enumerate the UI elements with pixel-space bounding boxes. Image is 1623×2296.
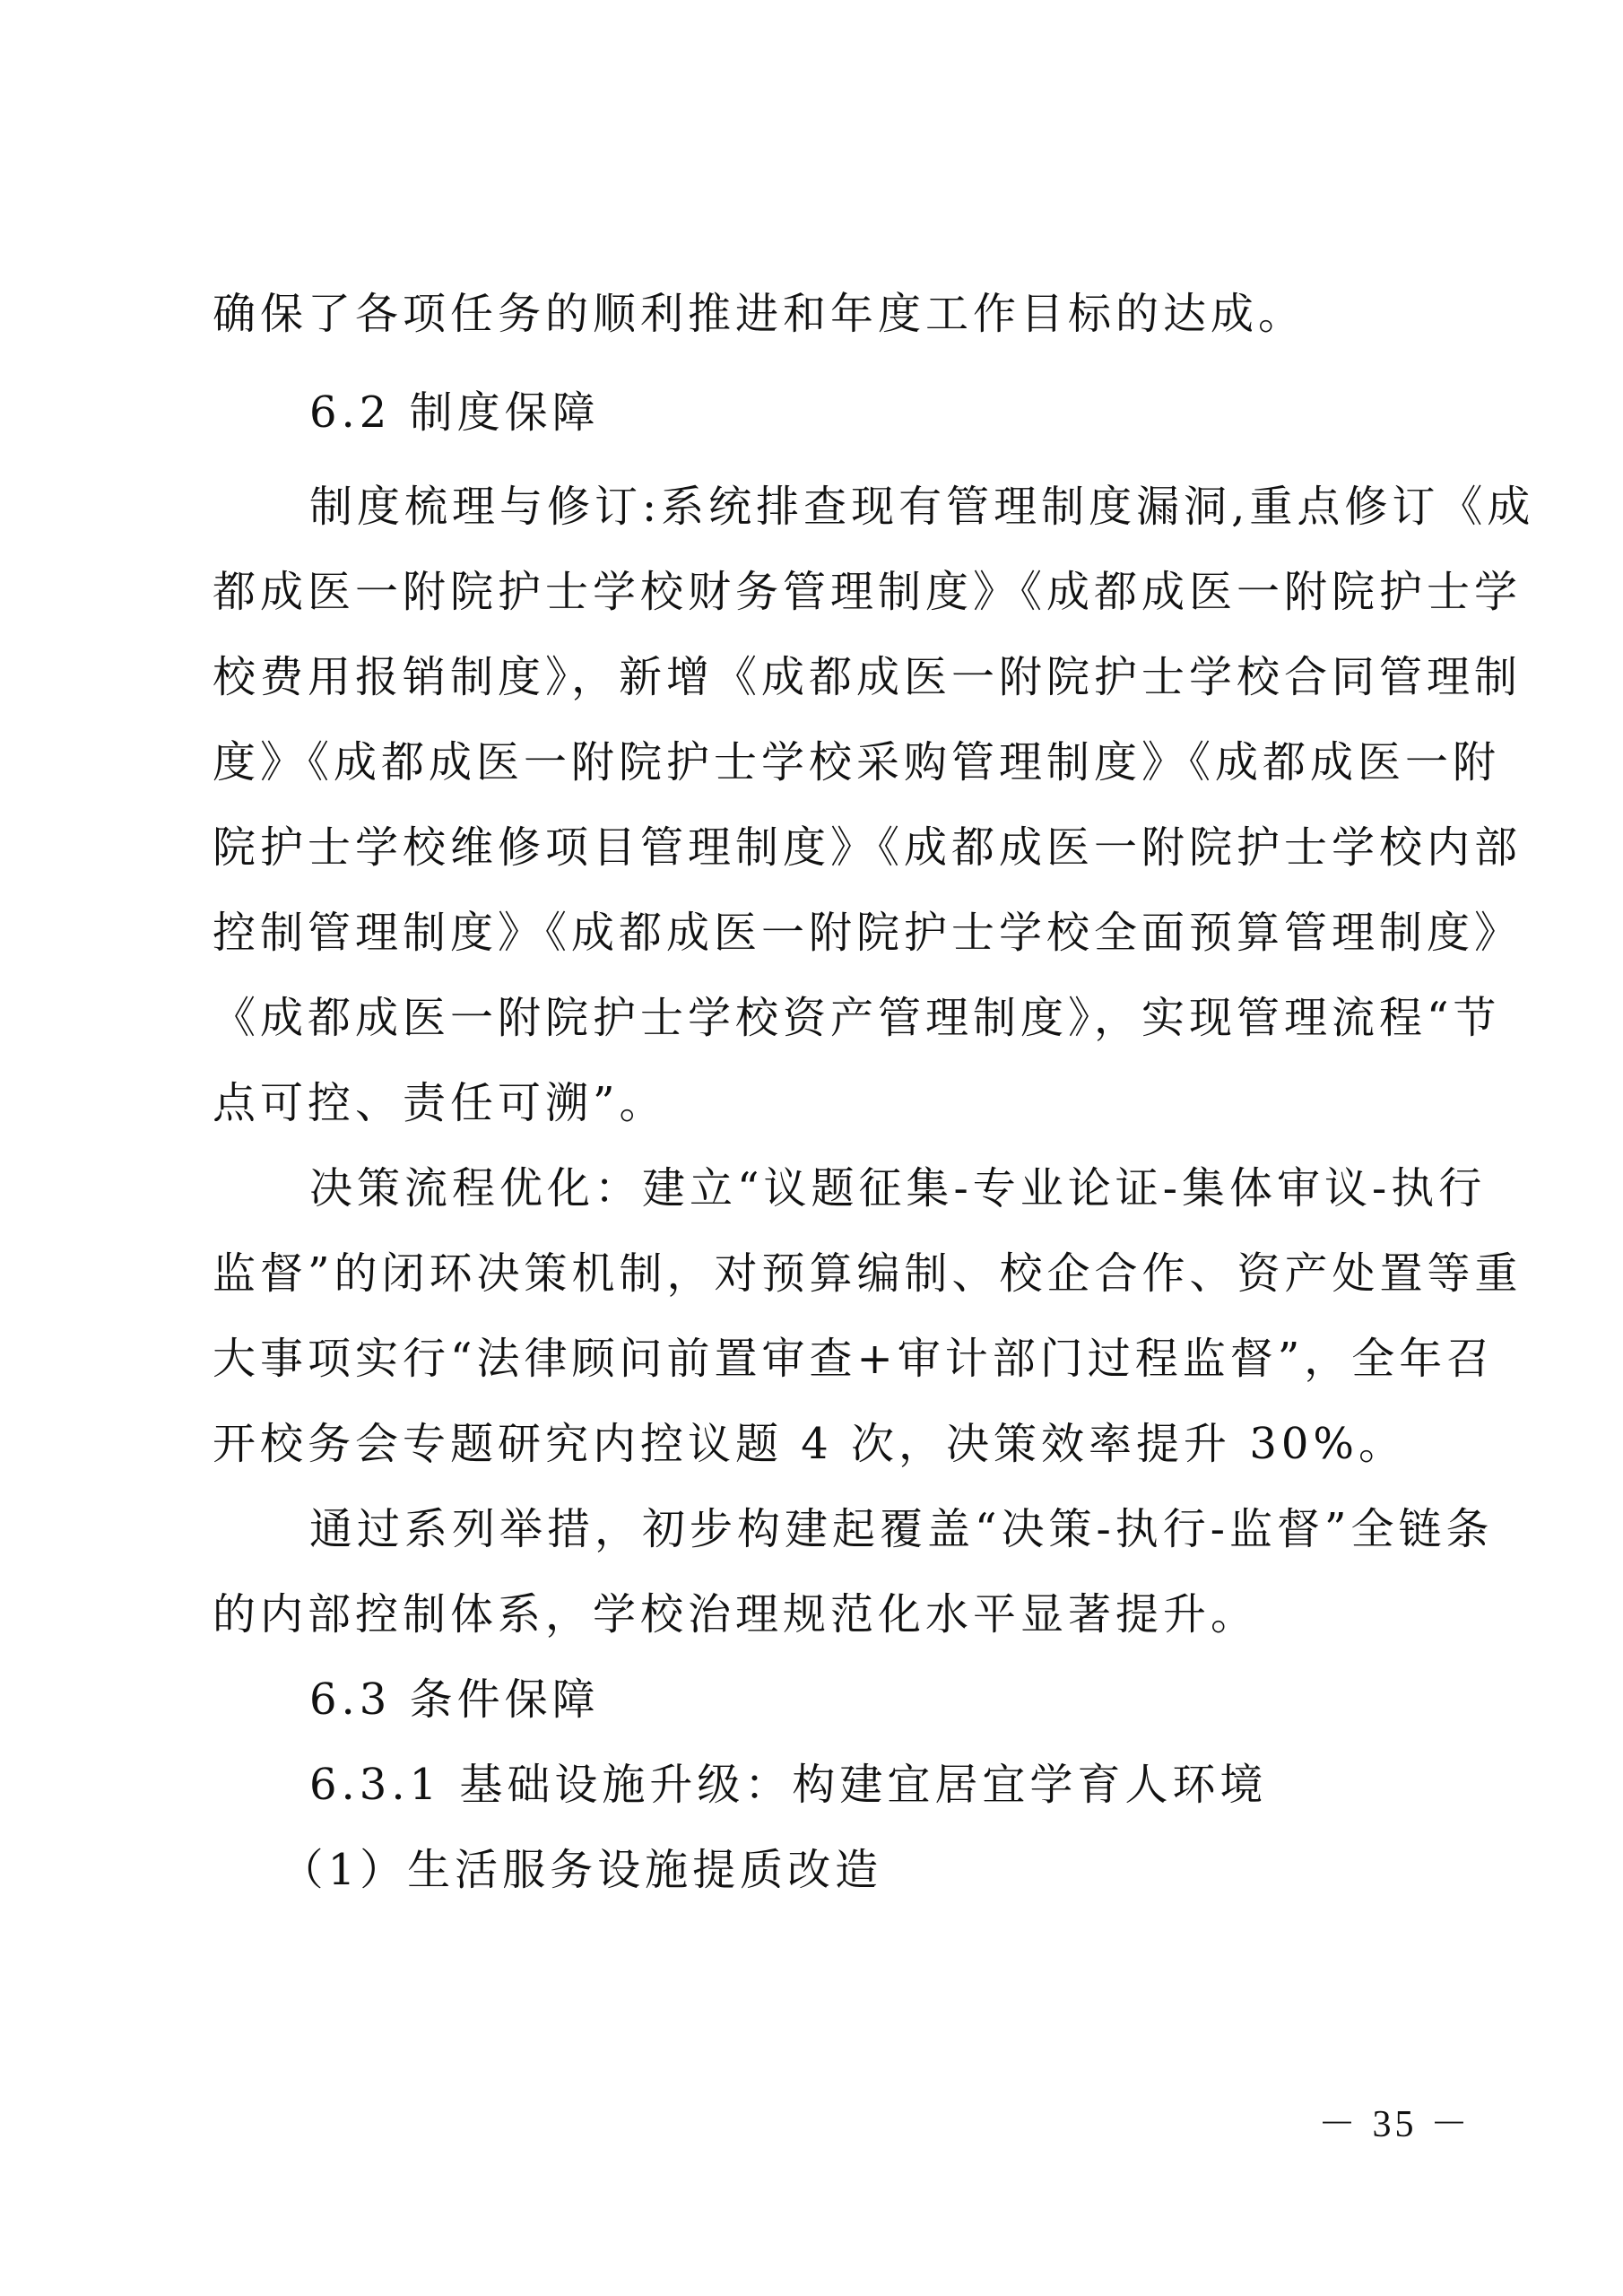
text-line: 6.2 制度保障 <box>309 386 1423 439</box>
text-line: 校费用报销制度》，新增《成都成医一附院护士学校合同管理制 <box>213 650 1423 704</box>
text-line: 决策流程优化：建立“议题征集-专业论证-集体审议-执行 <box>309 1161 1423 1215</box>
text-line: 6.3 条件保障 <box>309 1673 1423 1726</box>
text-line: 开校务会专题研究内控议题 4 次，决策效率提升 30%。 <box>213 1417 1423 1471</box>
text-line: 制度梳理与修订:系统排查现有管理制度漏洞,重点修订《成 <box>309 480 1423 534</box>
text-line: 《成都成医一附院护士学校资产管理制度》，实现管理流程“节 <box>213 991 1423 1045</box>
text-line: 的内部控制体系，学校治理规范化水平显著提升。 <box>213 1587 1423 1641</box>
text-line: 大事项实行“法律顾问前置审查+审计部门过程监督”，全年召 <box>213 1332 1423 1386</box>
text-line: 都成医一附院护士学校财务管理制度》《成都成医一附院护士学 <box>213 565 1423 619</box>
text-line: 控制管理制度》《成都成医一附院护士学校全面预算管理制度》 <box>213 906 1423 960</box>
text-line: 通过系列举措，初步构建起覆盖“决策-执行-监督”全链条 <box>309 1502 1423 1556</box>
text-line: 点可控、责任可溯”。 <box>213 1076 1423 1130</box>
document-page: 确保了各项任务的顺利推进和年度工作目标的达成。6.2 制度保障制度梳理与修订:系… <box>0 0 1623 2296</box>
text-line: 确保了各项任务的顺利推进和年度工作目标的达成。 <box>213 287 1423 341</box>
page-number: － 35 － <box>1318 2094 1471 2148</box>
text-line: 6.3.1 基础设施升级：构建宜居宜学育人环境 <box>309 1758 1423 1812</box>
text-line: 院护士学校维修项目管理制度》《成都成医一附院护士学校内部 <box>213 821 1423 874</box>
text-line: 度》《成都成医一附院护士学校采购管理制度》《成都成医一附 <box>213 735 1423 789</box>
text-line: （1）生活服务设施提质改造 <box>281 1843 1423 1897</box>
text-line: 监督”的闭环决策机制，对预算编制、校企合作、资产处置等重 <box>213 1247 1423 1300</box>
